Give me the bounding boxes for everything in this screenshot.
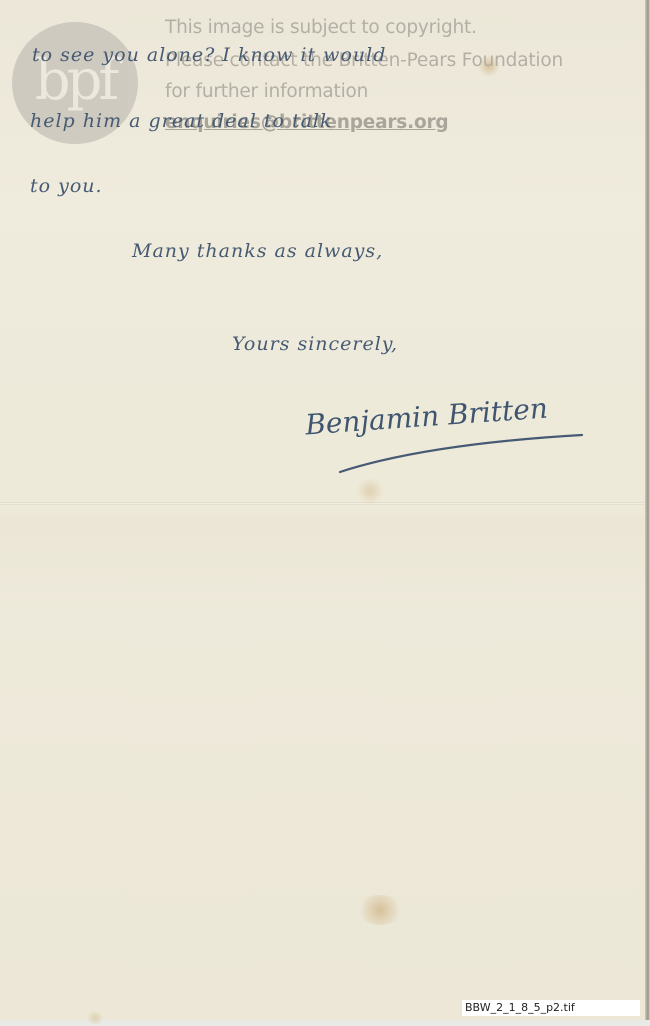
page-edge	[645, 0, 650, 1020]
stain	[85, 1012, 105, 1024]
stain	[355, 478, 385, 504]
fold-crease	[0, 502, 645, 505]
file-caption: BBW_2_1_8_5_p2.tif	[462, 1000, 640, 1016]
copyright-notice: This image is subject to copyright.	[165, 17, 477, 38]
letter-line-1: to see you alone? I know it would	[32, 44, 386, 66]
letter-line-3: to you.	[30, 175, 103, 197]
closing-thanks: Many thanks as always,	[132, 240, 383, 262]
stain	[355, 895, 405, 925]
letter-page	[0, 0, 645, 1020]
signature-flourish	[336, 430, 586, 480]
info-notice: for further information	[165, 81, 368, 102]
closing-sincerely: Yours sincerely,	[232, 333, 398, 355]
letter-line-2: help him a great deal to talk	[30, 110, 333, 132]
